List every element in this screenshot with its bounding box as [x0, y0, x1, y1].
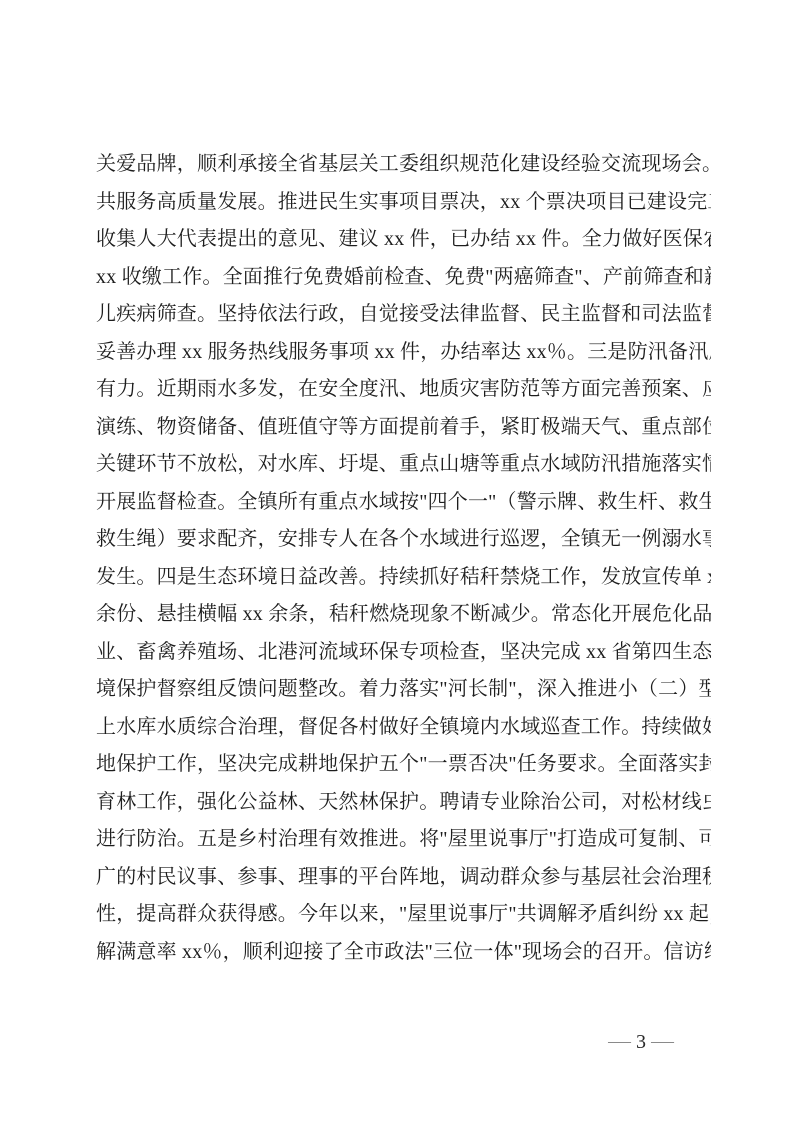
page-number: 3: [636, 1030, 646, 1054]
text-line: 余份、悬挂横幅 xx 余条，秸秆燃烧现象不断减少。常态化开展危化品企: [96, 596, 711, 634]
body-text: 关爱品牌，顺利承接全省基层关工委组织规范化建设经验交流现场会。公共服务高质量发展…: [96, 146, 711, 971]
text-line: 关爱品牌，顺利承接全省基层关工委组织规范化建设经验交流现场会。公: [96, 146, 711, 184]
text-line: 有力。近期雨水多发，在安全度汛、地质灾害防范等方面完善预案、应急: [96, 371, 711, 409]
text-line: 发生。四是生态环境日益改善。持续抓好秸秆禁烧工作，发放宣传单 xx: [96, 559, 711, 597]
text-line: 业、畜禽养殖场、北港河流域环保专项检查，坚决完成 xx 省第四生态环: [96, 634, 711, 672]
text-line: 境保护督察组反馈问题整改。着力落实"河长制"，深入推进小（二）型以: [96, 671, 711, 709]
text-line: 救生绳）要求配齐，安排专人在各个水域进行巡逻，全镇无一例溺水事件: [96, 521, 711, 559]
text-line: 地保护工作，坚决完成耕地保护五个"一票否决"任务要求。全面落实封山: [96, 746, 711, 784]
text-line: 儿疾病筛查。坚持依法行政，自觉接受法律监督、民主监督和司法监督，: [96, 296, 711, 334]
footer-dash-left: —: [608, 1030, 631, 1054]
text-line: 育林工作，强化公益林、天然林保护。聘请专业除治公司，对松材线虫病: [96, 784, 711, 822]
text-line: 进行防治。五是乡村治理有效推进。将"屋里说事厅"打造成可复制、可推: [96, 821, 711, 859]
text-line: 开展监督检查。全镇所有重点水域按"四个一"（警示牌、救生杆、救生圈、: [96, 484, 711, 522]
footer-dash-right: —: [651, 1030, 674, 1054]
text-line: 性，提高群众获得感。今年以来，"屋里说事厅"共调解矛盾纠纷 xx 起，化: [96, 896, 711, 934]
text-line: 上水库水质综合治理，督促各村做好全镇境内水域巡查工作。持续做好耕: [96, 709, 711, 747]
text-line: 收集人大代表提出的意见、建议 xx 件，已办结 xx 件。全力做好医保农保: [96, 221, 711, 259]
text-line: 演练、物资储备、值班值守等方面提前着手，紧盯极端天气、重点部位、: [96, 409, 711, 447]
text-line: xx 收缴工作。全面推行免费婚前检查、免费"两癌筛查"、产前筛查和新生: [96, 259, 711, 297]
text-line: 解满意率 xx％，顺利迎接了全市政法"三位一体"现场会的召开。信访维稳: [96, 934, 711, 972]
document-page: 关爱品牌，顺利承接全省基层关工委组织规范化建设经验交流现场会。公共服务高质量发展…: [0, 0, 793, 1122]
text-line: 共服务高质量发展。推进民生实事项目票决，xx 个票决项目已建设完工；: [96, 184, 711, 222]
page-footer: — 3 —: [610, 1030, 672, 1054]
text-line: 关键环节不放松，对水库、圩堤、重点山塘等重点水域防汛措施落实情况: [96, 446, 711, 484]
text-line: 妥善办理 xx 服务热线服务事项 xx 件，办结率达 xx％。三是防汛备汛应急: [96, 334, 711, 372]
text-line: 广的村民议事、参事、理事的平台阵地，调动群众参与基层社会治理积极: [96, 859, 711, 897]
